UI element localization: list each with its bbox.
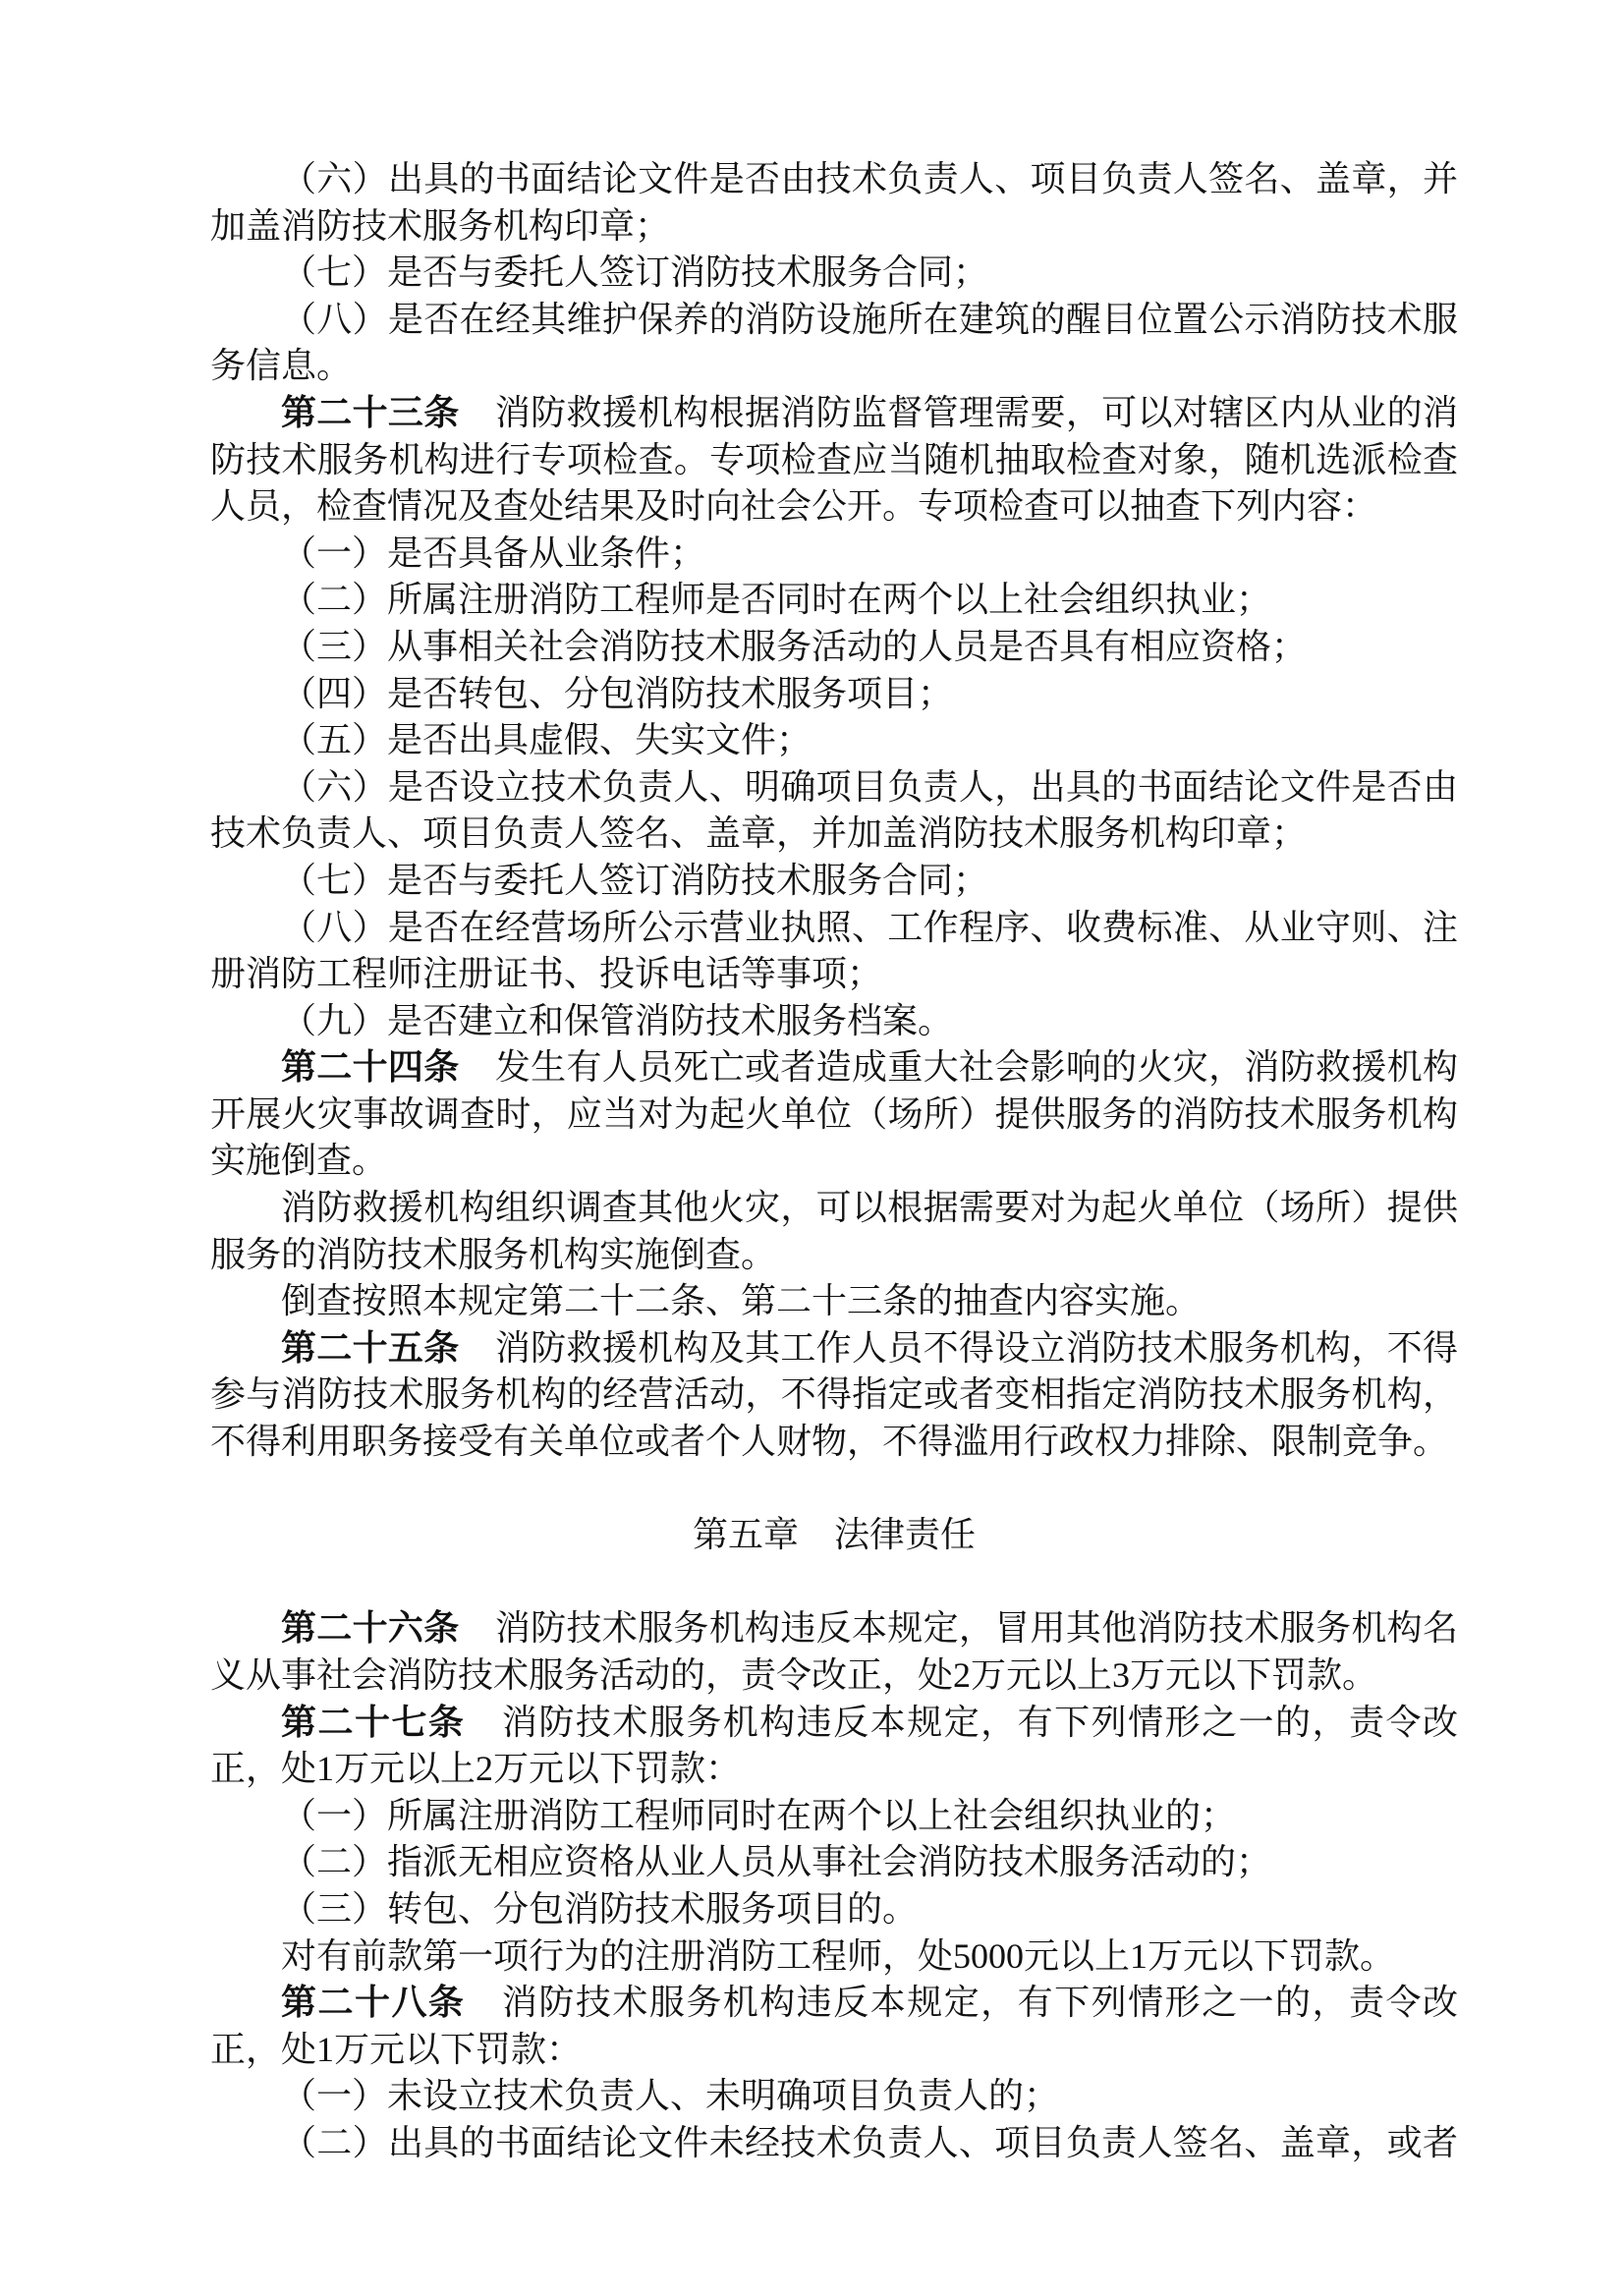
text-line: 开展火灾事故调查时，应当对为起火单位（场所）提供服务的消防技术服务机构 [210,1092,1458,1139]
text-line: 不得利用职务接受有关单位或者个人财物，不得滥用行政权力排除、限制竞争。 [210,1419,1458,1466]
text-line: 消防救援机构组织调查其他火灾，可以根据需要对为起火单位（场所）提供 [210,1185,1458,1232]
line-text: 实施倒查。 [210,1141,387,1180]
text-line: （九）是否建立和保管消防技术服务档案。 [210,998,1458,1045]
line-text: 消防救援机构及其工作人员不得设立消防技术服务机构，不得 [460,1328,1458,1368]
line-text: 消防救援机构组织调查其他火灾，可以根据需要对为起火单位（场所）提供 [281,1188,1458,1227]
line-text: 消防技术服务机构违反本规定，有下列情形之一的，责令改 [465,1703,1458,1742]
text-line: 加盖消防技术服务机构印章； [210,203,1458,251]
line-text: （二）所属注册消防工程师是否同时在两个以上社会组织执业； [281,580,1271,619]
line-text: （一）未设立技术负责人、未明确项目负责人的； [281,2076,1059,2115]
line-text: 消防救援机构根据消防监督管理需要，可以对辖区内从业的消 [460,393,1458,432]
line-text: （七）是否与委托人签订消防技术服务合同； [281,252,988,292]
text-line: （一）未设立技术负责人、未明确项目负责人的； [210,2073,1458,2120]
line-text: 第五章 法律责任 [693,1515,976,1554]
article-number: 第二十三条 [281,393,460,432]
line-text: 对有前款第一项行为的注册消防工程师，处5000元以上1万元以下罚款。 [281,1936,1395,1976]
article-number: 第二十七条 [281,1703,465,1742]
line-text: 正，处1万元以下罚款： [210,2030,582,2069]
line-text: 发生有人员死亡或者造成重大社会影响的火灾，消防救援机构 [460,1047,1458,1087]
text-line: （七）是否与委托人签订消防技术服务合同； [210,858,1458,905]
text-line: （二）所属注册消防工程师是否同时在两个以上社会组织执业； [210,577,1458,624]
line-text: 不得利用职务接受有关单位或者个人财物，不得滥用行政权力排除、限制竞争。 [210,1422,1448,1461]
line-text: 义从事社会消防技术服务活动的，责令改正，处2万元以上3万元以下罚款。 [210,1655,1377,1695]
text-line: 实施倒查。 [210,1138,1458,1185]
line-text: （二）指派无相应资格从业人员从事社会消防技术服务活动的； [281,1842,1271,1881]
line-text: 技术负责人、项目负责人签名、盖章，并加盖消防技术服务机构印章； [210,813,1307,853]
text-line: （二）出具的书面结论文件未经技术负责人、项目负责人签名、盖章，或者 [210,2120,1458,2167]
text-line: （一）是否具备从业条件； [210,531,1458,578]
text-line: （七）是否与委托人签订消防技术服务合同； [210,250,1458,297]
text-line: （六）出具的书面结论文件是否由技术负责人、项目负责人签名、盖章，并 [210,156,1458,203]
line-text: 正，处1万元以上2万元以下罚款： [210,1749,741,1788]
text-line: （八）是否在经其维护保养的消防设施所在建筑的醒目位置公示消防技术服 [210,297,1458,344]
text-line: （六）是否设立技术负责人、明确项目负责人，出具的书面结论文件是否由 [210,764,1458,812]
line-text: 消防技术服务机构违反本规定，冒用其他消防技术服务机构名 [460,1608,1458,1648]
text-line: （五）是否出具虚假、失实文件； [210,717,1458,764]
line-text: （三）转包、分包消防技术服务项目的。 [281,1889,918,1929]
chapter-heading: 第五章 法律责任 [210,1512,1458,1559]
line-text: （四）是否转包、分包消防技术服务项目； [281,674,953,713]
line-text: （一）所属注册消防工程师同时在两个以上社会组织执业的； [281,1796,1236,1835]
text-line: 对有前款第一项行为的注册消防工程师，处5000元以上1万元以下罚款。 [210,1933,1458,1981]
text-line: 正，处1万元以下罚款： [210,2027,1458,2074]
text-line: 人员，检查情况及查处结果及时向社会公开。专项检查可以抽查下列内容： [210,483,1458,531]
line-text: （三）从事相关社会消防技术服务活动的人员是否具有相应资格； [281,627,1307,666]
text-line: （八）是否在经营场所公示营业执照、工作程序、收费标准、从业守则、注 [210,905,1458,952]
text-line: 册消防工程师注册证书、投诉电话等事项； [210,951,1458,998]
text-line: 防技术服务机构进行专项检查。专项检查应当随机抽取检查对象，随机选派检查 [210,437,1458,484]
line-text: 防技术服务机构进行专项检查。专项检查应当随机抽取检查对象，随机选派检查 [210,440,1458,479]
document-page: （六）出具的书面结论文件是否由技术负责人、项目负责人签名、盖章，并加盖消防技术服… [0,0,1624,2295]
line-text: 消防技术服务机构违反本规定，有下列情形之一的，责令改 [465,1983,1458,2022]
text-line: 第二十三条 消防救援机构根据消防监督管理需要，可以对辖区内从业的消 [210,390,1458,437]
article-number: 第二十八条 [281,1983,465,2022]
text-line: 第二十四条 发生有人员死亡或者造成重大社会影响的火灾，消防救援机构 [210,1044,1458,1092]
line-text: （六）是否设立技术负责人、明确项目负责人，出具的书面结论文件是否由 [281,767,1458,807]
line-text: 务信息。 [210,346,352,385]
line-text: （二）出具的书面结论文件未经技术负责人、项目负责人签名、盖章，或者 [281,2123,1458,2162]
text-line: 第二十七条 消防技术服务机构违反本规定，有下列情形之一的，责令改 [210,1700,1458,1747]
text-line: 技术负责人、项目负责人签名、盖章，并加盖消防技术服务机构印章； [210,811,1458,858]
line-text: 人员，检查情况及查处结果及时向社会公开。专项检查可以抽查下列内容： [210,486,1377,526]
article-number: 第二十五条 [281,1328,460,1368]
line-text: 加盖消防技术服务机构印章； [210,206,670,246]
line-text: （九）是否建立和保管消防技术服务档案。 [281,1001,953,1040]
text-line: （四）是否转包、分包消防技术服务项目； [210,671,1458,718]
text-line: 务信息。 [210,343,1458,390]
line-text: （五）是否出具虚假、失实文件； [281,720,812,759]
text-line: （三）转包、分包消防技术服务项目的。 [210,1886,1458,1933]
article-number: 第二十四条 [281,1047,460,1087]
text-line: （一）所属注册消防工程师同时在两个以上社会组织执业的； [210,1793,1458,1840]
text-line: 倒查按照本规定第二十二条、第二十三条的抽查内容实施。 [210,1278,1458,1325]
line-text: 倒查按照本规定第二十二条、第二十三条的抽查内容实施。 [281,1281,1201,1320]
article-number: 第二十六条 [281,1608,460,1648]
line-text: （一）是否具备从业条件； [281,533,705,573]
line-text: 参与消防技术服务机构的经营活动，不得指定或者变相指定消防技术服务机构， [210,1374,1458,1414]
text-line: 义从事社会消防技术服务活动的，责令改正，处2万元以上3万元以下罚款。 [210,1652,1458,1700]
line-text: （八）是否在经营场所公示营业执照、工作程序、收费标准、从业守则、注 [281,908,1458,947]
text-line: 服务的消防技术服务机构实施倒查。 [210,1232,1458,1279]
text-line: 参与消防技术服务机构的经营活动，不得指定或者变相指定消防技术服务机构， [210,1371,1458,1419]
line-text: （六）出具的书面结论文件是否由技术负责人、项目负责人签名、盖章，并 [281,159,1458,198]
text-line: 第二十五条 消防救援机构及其工作人员不得设立消防技术服务机构，不得 [210,1325,1458,1372]
line-text: 开展火灾事故调查时，应当对为起火单位（场所）提供服务的消防技术服务机构 [210,1094,1458,1134]
text-line: 第二十六条 消防技术服务机构违反本规定，冒用其他消防技术服务机构名 [210,1605,1458,1652]
text-line: （二）指派无相应资格从业人员从事社会消防技术服务活动的； [210,1839,1458,1886]
line-text: （八）是否在经其维护保养的消防设施所在建筑的醒目位置公示消防技术服 [281,300,1458,339]
line-text: （七）是否与委托人签订消防技术服务合同； [281,861,988,900]
text-line: 正，处1万元以上2万元以下罚款： [210,1746,1458,1793]
text-line: （三）从事相关社会消防技术服务活动的人员是否具有相应资格； [210,624,1458,671]
document-body: （六）出具的书面结论文件是否由技术负责人、项目负责人签名、盖章，并加盖消防技术服… [210,156,1458,2167]
line-text: 册消防工程师注册证书、投诉电话等事项； [210,954,882,993]
line-text: 服务的消防技术服务机构实施倒查。 [210,1235,776,1274]
text-line: 第二十八条 消防技术服务机构违反本规定，有下列情形之一的，责令改 [210,1980,1458,2027]
